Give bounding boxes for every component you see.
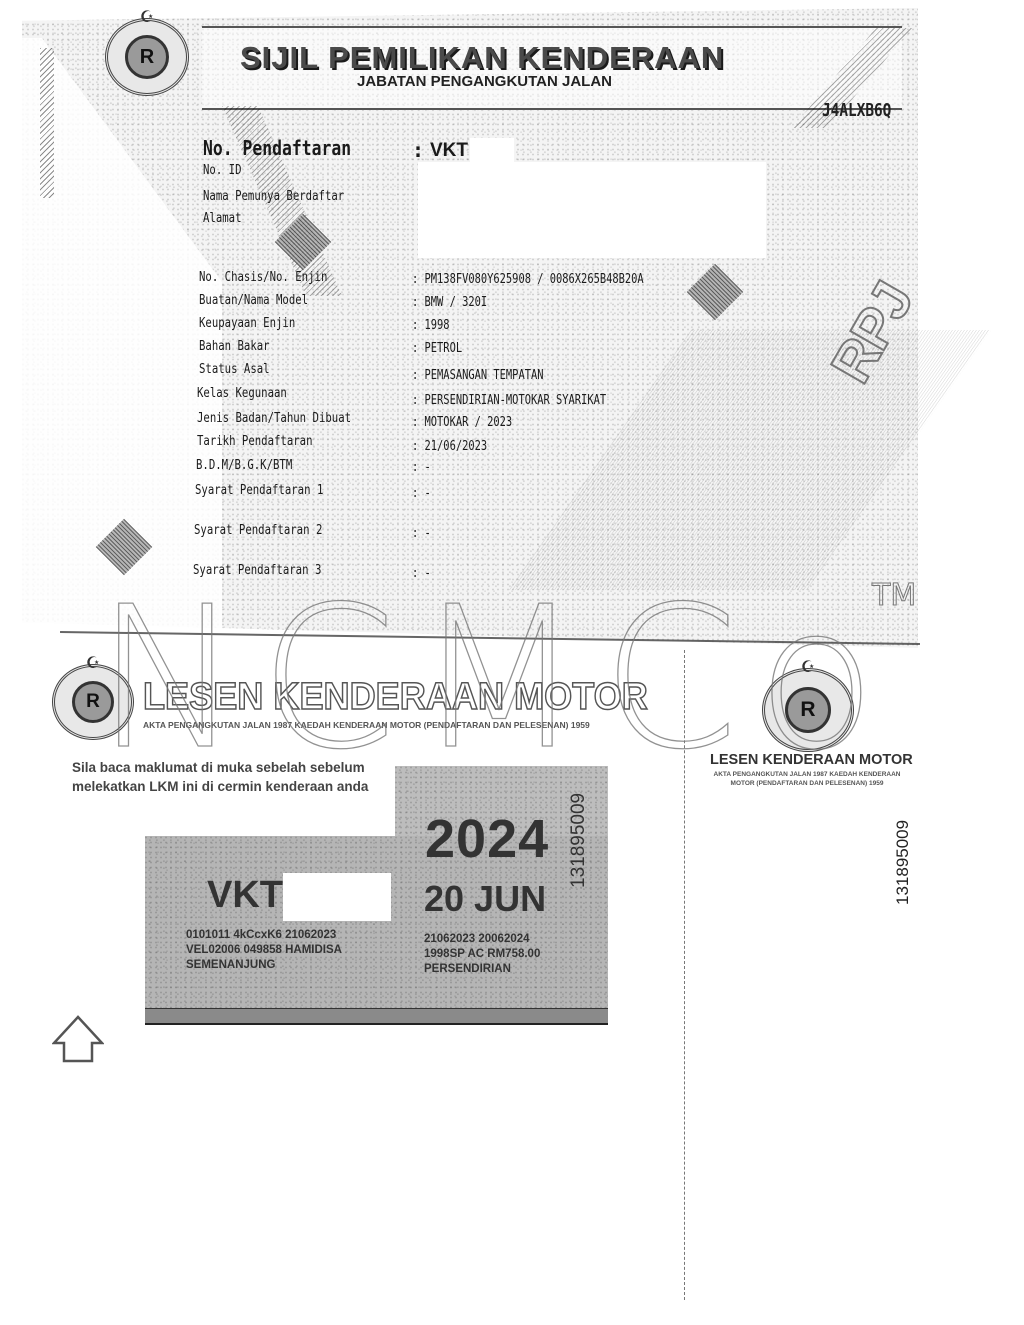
disc-right-line-2: 1998SP AC RM758.00 [424, 948, 540, 960]
make-model-value: : BMW / 320I [412, 295, 487, 310]
body-year-label: Jenis Badan/Tahun Dibuat [197, 411, 351, 426]
registration-date-value: : 21/06/2023 [412, 439, 487, 454]
disc-expiry-date: 20 JUN [424, 878, 546, 920]
fuel-type-value: : PETROL [412, 341, 462, 356]
origin-status-label: Status Asal [199, 362, 270, 377]
emblem-letter: R [140, 46, 154, 69]
crescent-star-icon: ☪ [140, 7, 154, 27]
condition-1-label: Syarat Pendaftaran 1 [195, 483, 323, 498]
chassis-engine-value: : PM138FV080Y625908 / 0086X265B48B20A [412, 272, 644, 287]
registration-number: VKT [430, 140, 468, 162]
make-model-label: Buatan/Nama Model [199, 293, 308, 308]
usage-class-value: : PERSENDIRIAN-MOTOKAR SYARIKAT [412, 393, 606, 408]
certificate-subtitle: JABATAN PENGANGKUTAN JALAN [357, 73, 612, 90]
owner-id-label: No. ID [203, 163, 242, 178]
condition-2-label: Syarat Pendaftaran 2 [194, 523, 322, 538]
disc-left-line-1: 0101011 4kCcxK6 21062023 [186, 929, 336, 941]
up-arrow-icon [52, 1013, 104, 1065]
owner-name-label: Nama Pemunya Berdaftar [203, 189, 344, 204]
body-year-value: : MOTOKAR / 2023 [412, 415, 512, 430]
weight-value: : - [412, 460, 431, 475]
disc-year: 2024 [425, 808, 549, 870]
left-hatch-pattern [40, 48, 54, 198]
fuel-type-label: Bahan Bakar [199, 339, 270, 354]
redacted-plate-suffix [470, 138, 514, 162]
certificate-title: SIJIL PEMILIKAN KENDERAAN [240, 40, 724, 76]
condition-2-value: : - [412, 526, 431, 541]
certificate-serial-code: J4ALXB6Q [822, 100, 891, 121]
disc-right-line-3: PERSENDIRIAN [424, 963, 511, 975]
disc-left-line-3: SEMENANJUNG [186, 959, 275, 971]
watermark-trademark: TM [872, 578, 916, 613]
usage-class-label: Kelas Kegunaan [197, 386, 287, 401]
road-tax-disc-edge [145, 1008, 608, 1025]
owner-address-label: Alamat [203, 211, 242, 226]
disc-plate-number: VKT [207, 874, 283, 917]
disc-left-line-2: VEL02006 049858 HAMIDISA [186, 944, 342, 956]
condition-1-value: : - [412, 486, 431, 501]
engine-capacity-label: Keupayaan Enjin [199, 316, 295, 331]
redacted-owner-details [418, 162, 766, 258]
disc-serial-number: 131895009 [568, 793, 590, 888]
weight-label: B.D.M/B.G.K/BTM [196, 458, 292, 473]
registration-date-label: Tarikh Pendaftaran [197, 434, 313, 449]
chassis-engine-label: No. Chasis/No. Enjin [199, 270, 327, 285]
origin-status-value: : PEMASANGAN TEMPATAN [412, 368, 544, 383]
registration-separator: : [412, 138, 424, 162]
jpj-emblem-icon: ☪ R [105, 18, 189, 96]
disc-right-line-1: 21062023 20062024 [424, 933, 530, 945]
ncmco-watermark: NCMCo [95, 565, 894, 793]
engine-capacity-value: : 1998 [412, 318, 450, 333]
redacted-disc-plate-suffix [283, 873, 391, 921]
stub-serial-number: 131895009 [893, 820, 913, 905]
registration-label: No. Pendaftaran [203, 136, 351, 160]
